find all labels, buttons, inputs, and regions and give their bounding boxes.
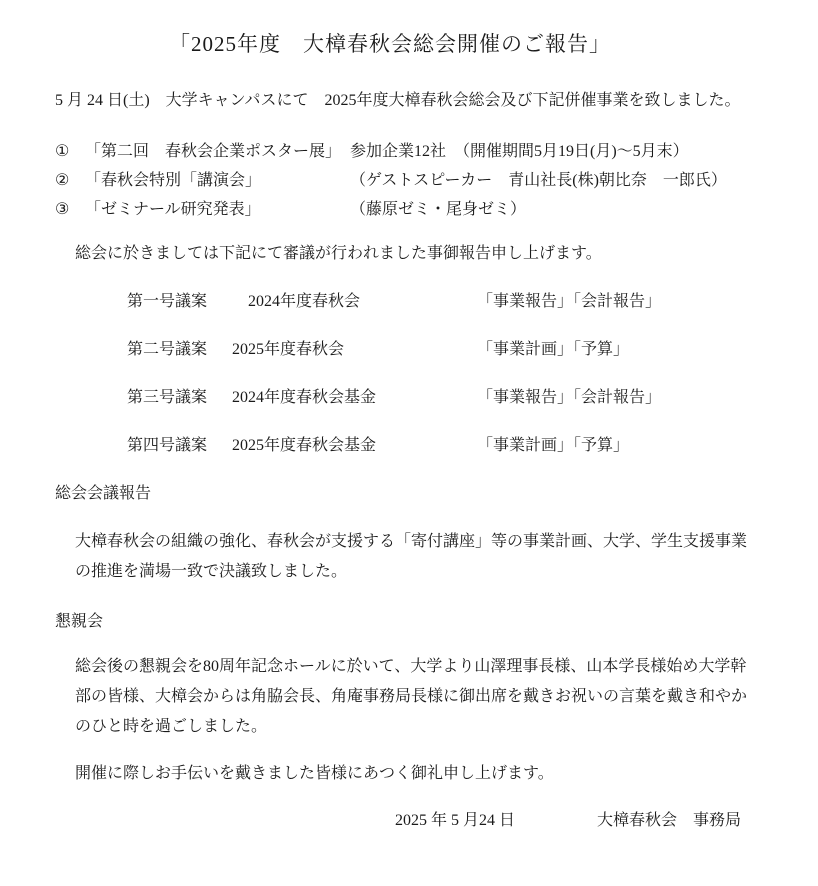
agenda-subject: 2024年度春秋会基金 xyxy=(232,387,477,409)
event-detail: 参加企業12社 （開催期間5月19日(月)～5月末） xyxy=(350,141,785,163)
agenda-item: 第四号議案 2025年度春秋会基金 「事業計画」「予算」 xyxy=(127,435,777,457)
agenda-documents: 「事業報告」「会計報告」 xyxy=(477,387,777,409)
document-title: 「2025年度 大樟春秋会総会開催のご報告」 xyxy=(0,28,780,58)
agenda-label: 第三号議案 xyxy=(127,387,232,409)
section-heading-meeting-report: 総会会議報告 xyxy=(55,483,151,505)
agenda-subject: 2025年度春秋会 xyxy=(232,339,477,361)
agenda-documents: 「事業報告」「会計報告」 xyxy=(477,291,777,313)
event-number: ③ xyxy=(55,199,85,221)
agenda-documents: 「事業計画」「予算」 xyxy=(477,435,777,457)
issuer-signature: 大樟春秋会 事務局 xyxy=(597,810,741,832)
meeting-report-paragraph: 大樟春秋会の組織の強化、春秋会が支援する「寄付講座」等の事業計画、大学、学生支援… xyxy=(75,527,747,587)
agenda-item: 第一号議案 2024年度春秋会 「事業報告」「会計報告」 xyxy=(127,291,777,313)
dateline: 2025 年 5 月24 日 大樟春秋会 事務局 xyxy=(0,810,818,832)
agenda-label: 第四号議案 xyxy=(127,435,232,457)
event-number: ② xyxy=(55,170,85,192)
social-gathering-paragraph: 総会後の懇親会を80周年記念ホールに於いて、大学より山澤理事長様、山本学長様始め… xyxy=(75,652,753,742)
event-name: 「第二回 春秋会企業ポスター展」 xyxy=(85,141,350,163)
event-name: 「春秋会特別「講演会」 xyxy=(85,170,350,192)
agenda-subject: 2024年度春秋会 xyxy=(232,291,477,313)
event-item: ③ 「ゼミナール研究発表」 （藤原ゼミ・尾身ゼミ） xyxy=(55,199,785,221)
event-detail: （ゲストスピーカー 青山社長(株)朝比奈 一郎氏） xyxy=(350,170,785,192)
closing-thanks-paragraph: 開催に際しお手伝いを戴きました皆様にあつく御礼申し上げます。 xyxy=(75,763,775,785)
issue-date: 2025 年 5 月24 日 xyxy=(395,810,515,832)
deliberation-notice: 総会に於きましては下記にて審議が行われました事御報告申し上げます。 xyxy=(75,243,775,265)
event-name: 「ゼミナール研究発表」 xyxy=(85,199,350,221)
agenda-documents: 「事業計画」「予算」 xyxy=(477,339,777,361)
agenda-label: 第一号議案 xyxy=(127,291,232,313)
event-item: ① 「第二回 春秋会企業ポスター展」 参加企業12社 （開催期間5月19日(月)… xyxy=(55,141,785,163)
agenda-item: 第二号議案 2025年度春秋会 「事業計画」「予算」 xyxy=(127,339,777,361)
agenda-subject: 2025年度春秋会基金 xyxy=(232,435,477,457)
intro-paragraph: 5 月 24 日(土) 大学キャンパスにて 2025年度大樟春秋会総会及び下記併… xyxy=(55,90,765,112)
event-detail: （藤原ゼミ・尾身ゼミ） xyxy=(350,199,785,221)
agenda-item: 第三号議案 2024年度春秋会基金 「事業報告」「会計報告」 xyxy=(127,387,777,409)
agenda-list: 第一号議案 2024年度春秋会 「事業報告」「会計報告」 第二号議案 2025年… xyxy=(127,291,777,483)
event-item: ② 「春秋会特別「講演会」 （ゲストスピーカー 青山社長(株)朝比奈 一郎氏） xyxy=(55,170,785,192)
section-heading-social-gathering: 懇親会 xyxy=(55,611,103,633)
report-document-page: 「2025年度 大樟春秋会総会開催のご報告」 5 月 24 日(土) 大学キャン… xyxy=(0,0,818,886)
event-number: ① xyxy=(55,141,85,163)
event-list: ① 「第二回 春秋会企業ポスター展」 参加企業12社 （開催期間5月19日(月)… xyxy=(55,141,785,228)
agenda-label: 第二号議案 xyxy=(127,339,232,361)
